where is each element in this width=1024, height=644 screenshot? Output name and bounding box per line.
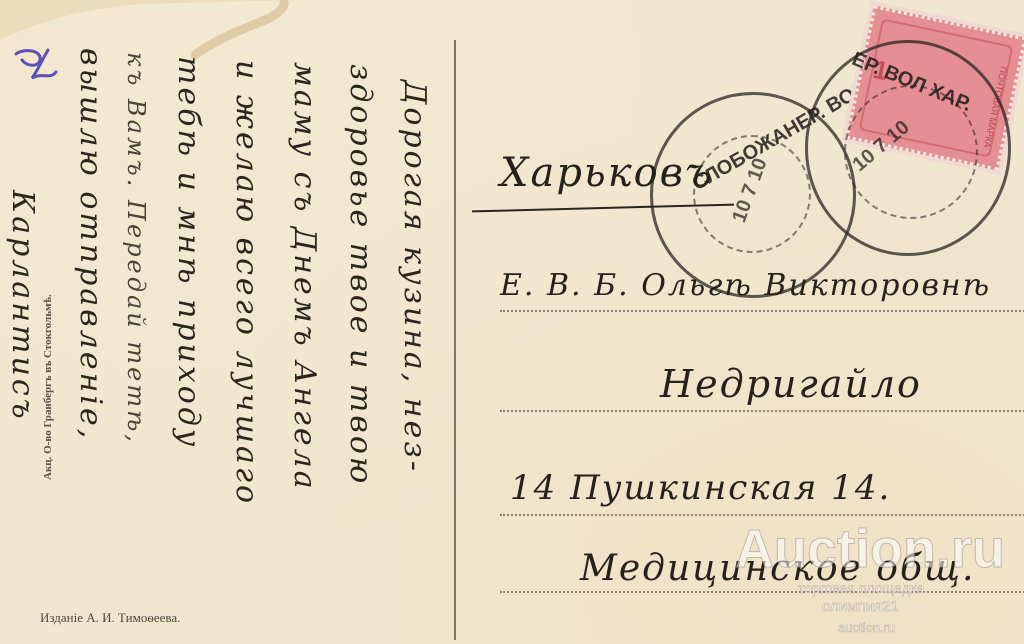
letter-line-8: Карлантисъ (5, 190, 40, 422)
publisher-imprint: Изданіе А. И. Тимоѳеева. (40, 610, 180, 626)
letter-line-7: вышлю отправленіе, (73, 48, 108, 441)
postcard-back: Дорогая кузина, нез- здоровье твое и тво… (0, 0, 1024, 644)
letter-line-5: тебѣ и мнѣ приходу (171, 56, 206, 449)
letter-line-1: Дорогая кузина, нез- (397, 80, 432, 474)
address-surname: Недригайло (660, 362, 922, 406)
blue-pencil-mark-icon (12, 46, 60, 94)
letter-line-2: здоровье твое и твою (343, 64, 378, 486)
postmark-right: ЕР. ВОЛ ХАР. 10 7 10 (805, 40, 1011, 256)
printer-imprint: Акц. О-во Гранбергъ въ Стокгольмѣ. (42, 294, 54, 480)
address-line-4 (500, 591, 1024, 593)
letter-line-6: къ Вамъ. Передай тетѣ, (122, 52, 150, 445)
letter-line-3: маму съ Днемъ Ангела (287, 62, 322, 492)
watermark-line-2: олимпия21 (822, 598, 899, 615)
letter-line-4: и желаю всего лучшаго (229, 60, 264, 506)
address-city: Харьковъ (500, 150, 714, 196)
watermark-line-3: auction.ru (838, 620, 895, 635)
address-recipient: Е. В. Б. Ольгѣ Викторовнѣ (500, 268, 991, 303)
address-line-1 (500, 310, 1024, 312)
address-line-3 (500, 514, 1024, 516)
address-street: 14 Пушкинская 14. (510, 468, 891, 508)
address-line-2 (500, 410, 1024, 412)
watermark-line-1: торговая площадка (798, 580, 924, 596)
watermark-logo: Auction.ru (735, 518, 1005, 580)
center-divider (454, 40, 456, 640)
